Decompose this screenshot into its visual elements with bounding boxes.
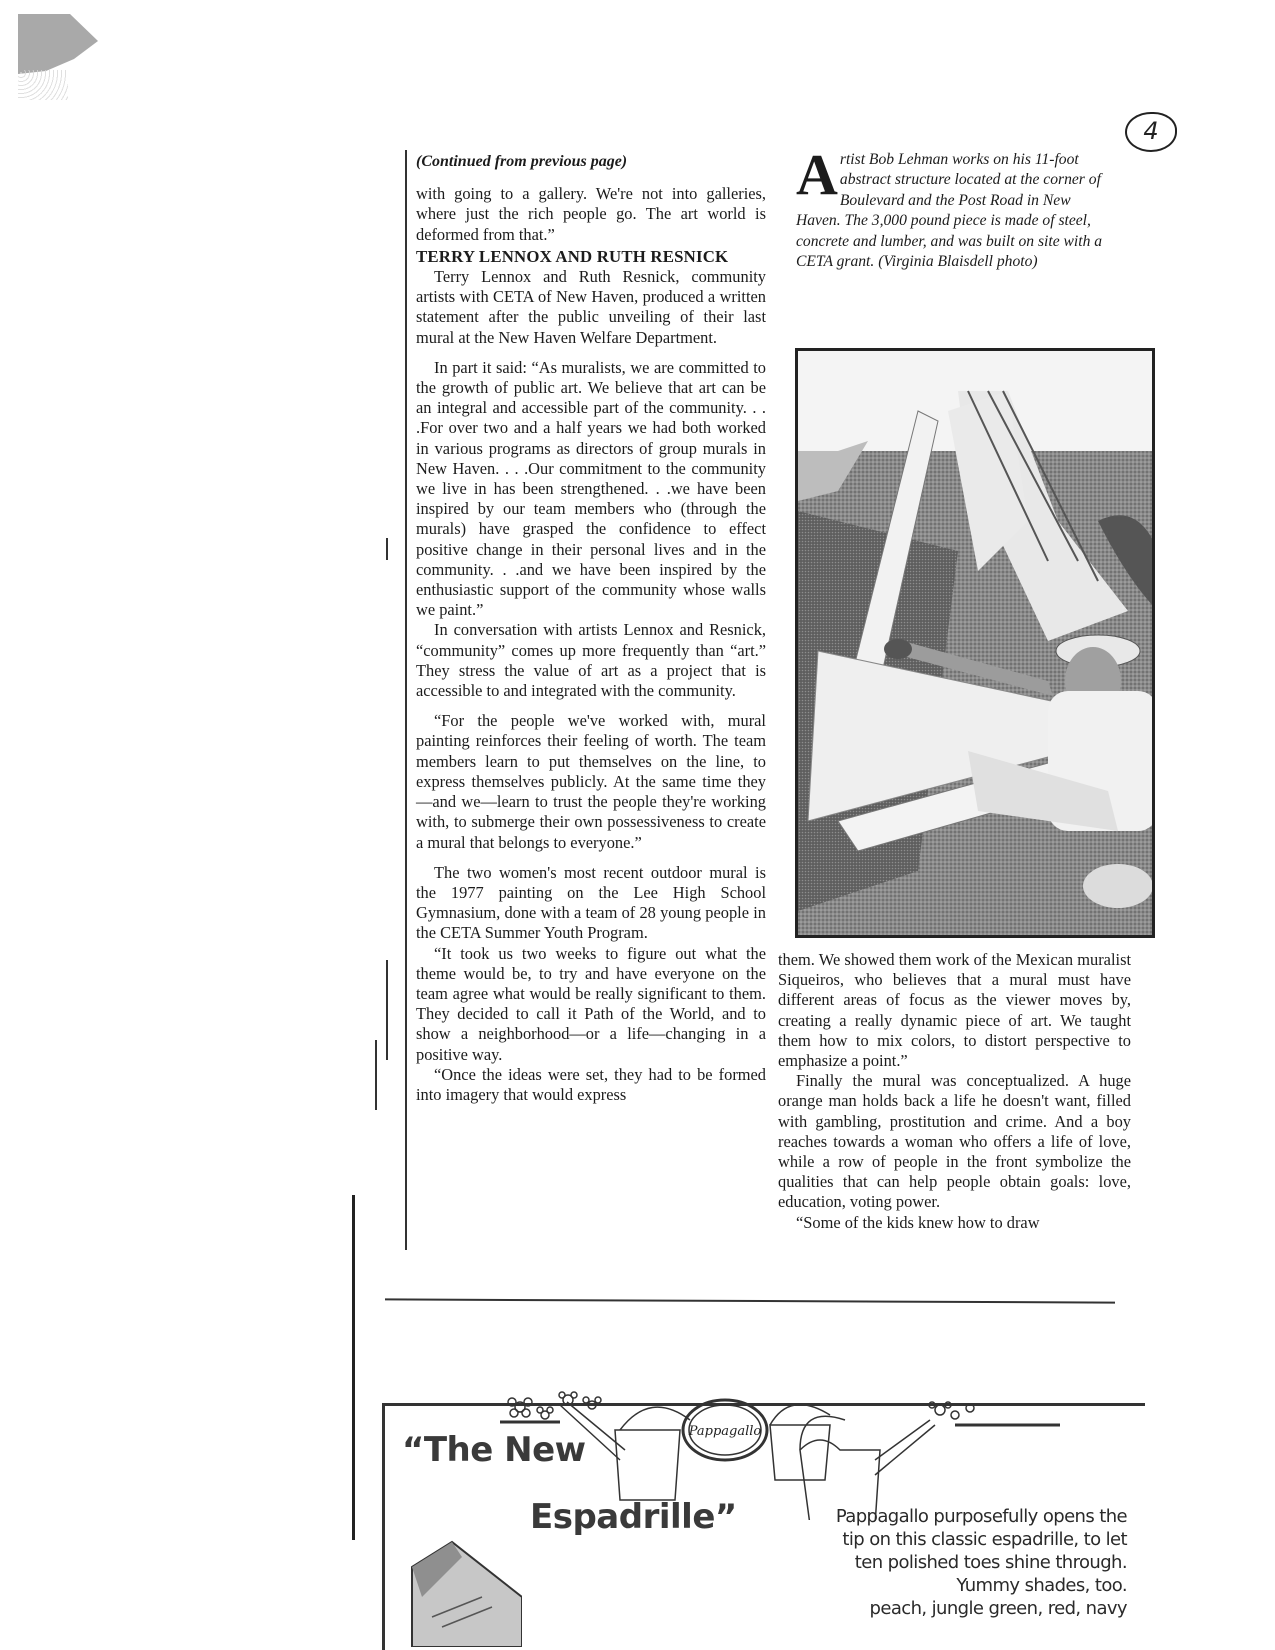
article-paragraph: The two women's most recent outdoor mura… [416,863,766,944]
column-rule [405,150,407,1250]
article-paragraph: “It took us two weeks to figure out what… [416,944,766,1065]
article-right-column: them. We showed them work of the Mexican… [778,950,1131,1233]
handwritten-page-number: 4 [1125,112,1177,152]
ad-body-copy: Pappagallo purposefully opens the tip on… [767,1505,1127,1620]
sculpture-photo [795,348,1155,938]
photo-caption: Artist Bob Lehman works on his 11-foot a… [796,150,1108,272]
section-subhead: TERRY LENNOX AND RUTH RESNICK [416,247,766,267]
scan-corner-mark [18,14,98,74]
scan-speckle [18,70,68,100]
continued-label: (Continued from previous page) [416,152,766,172]
ad-body-line: Pappagallo purposefully opens the [767,1505,1127,1528]
lead-paragraph: with going to a gallery. We're not into … [416,184,766,245]
margin-tick [386,960,388,1060]
ad-body-line: tip on this classic espadrille, to let [767,1528,1127,1551]
article-paragraph: “For the people we've worked with, mural… [416,711,766,852]
ad-headline-line1: “The New [402,1430,586,1470]
ad-body-line: ten polished toes shine through. [767,1551,1127,1574]
margin-tick [386,538,388,560]
article-left-column: (Continued from previous page) with goin… [416,152,766,1105]
photo-image [798,351,1155,938]
section-divider [385,1298,1115,1303]
margin-tick [375,1040,377,1110]
article-paragraph: Finally the mural was conceptualized. A … [778,1071,1131,1212]
article-paragraph: “Once the ideas were set, they had to be… [416,1065,766,1105]
ad-body-line: Yummy shades, too. [767,1574,1127,1597]
article-paragraph: “Some of the kids knew how to draw [778,1213,1131,1233]
article-paragraph: them. We showed them work of the Mexican… [778,950,1131,1071]
espadrille-shoe-illustration [402,1527,522,1647]
caption-dropcap: A [796,152,838,198]
article-paragraph: In part it said: “As muralists, we are c… [416,358,766,621]
brand-logo: Pappagallo [688,1424,762,1439]
ad-body-line: peach, jungle green, red, navy [767,1597,1127,1620]
flower-icon [508,1392,601,1419]
photo-credit: (Virginia Blaisdell photo) [878,253,1037,270]
ad-headline-line2: Espadrille” [530,1497,737,1537]
article-paragraph: In conversation with artists Lennox and … [416,620,766,701]
article-paragraph: Terry Lennox and Ruth Resnick, community… [416,267,766,348]
margin-rule [352,1195,355,1540]
